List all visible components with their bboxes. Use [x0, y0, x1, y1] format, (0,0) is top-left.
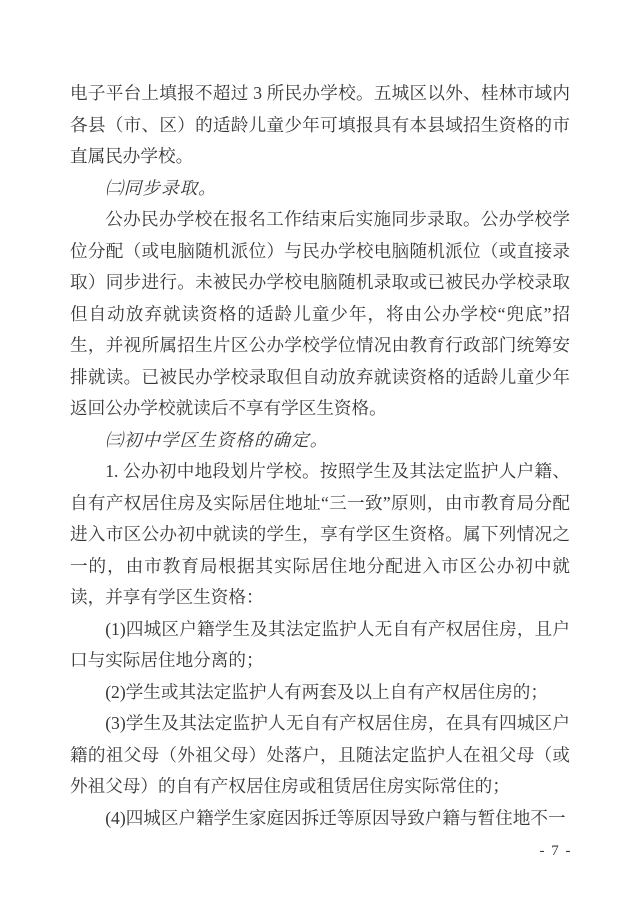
list-item-3: (3)学生及其法定监护人无自有产权居住房，在具有四城区户籍的祖父母（外祖父母）处…: [70, 708, 570, 803]
document-page: 电子平台上填报不超过 3 所民办学校。五城区以外、桂林市域内各县（市、区）的适龄…: [0, 0, 636, 900]
list-item-2: (2)学生或其法定监护人有两套及以上自有产权居住房的；: [70, 677, 570, 709]
document-body: 电子平台上填报不超过 3 所民办学校。五城区以外、桂林市域内各县（市、区）的适龄…: [70, 78, 570, 834]
section-heading-3: ㈢初中学区生资格的确定。: [70, 425, 570, 457]
paragraph-continuation: 电子平台上填报不超过 3 所民办学校。五城区以外、桂林市域内各县（市、区）的适龄…: [70, 78, 570, 173]
page-number: - 7 -: [540, 843, 573, 860]
paragraph: 1. 公办初中地段划片学校。按照学生及其法定监护人户籍、自有产权居住房及实际居住…: [70, 456, 570, 614]
list-item-4: (4)四城区户籍学生家庭因拆迁等原因导致户籍与暂住地不一: [70, 803, 570, 835]
list-item-1: (1)四城区户籍学生及其法定监护人无自有产权居住房，且户口与实际居住地分离的；: [70, 614, 570, 677]
paragraph: 公办民办学校在报名工作结束后实施同步录取。公办学校学位分配（或电脑随机派位）与民…: [70, 204, 570, 425]
section-heading-2: ㈡同步录取。: [70, 173, 570, 205]
